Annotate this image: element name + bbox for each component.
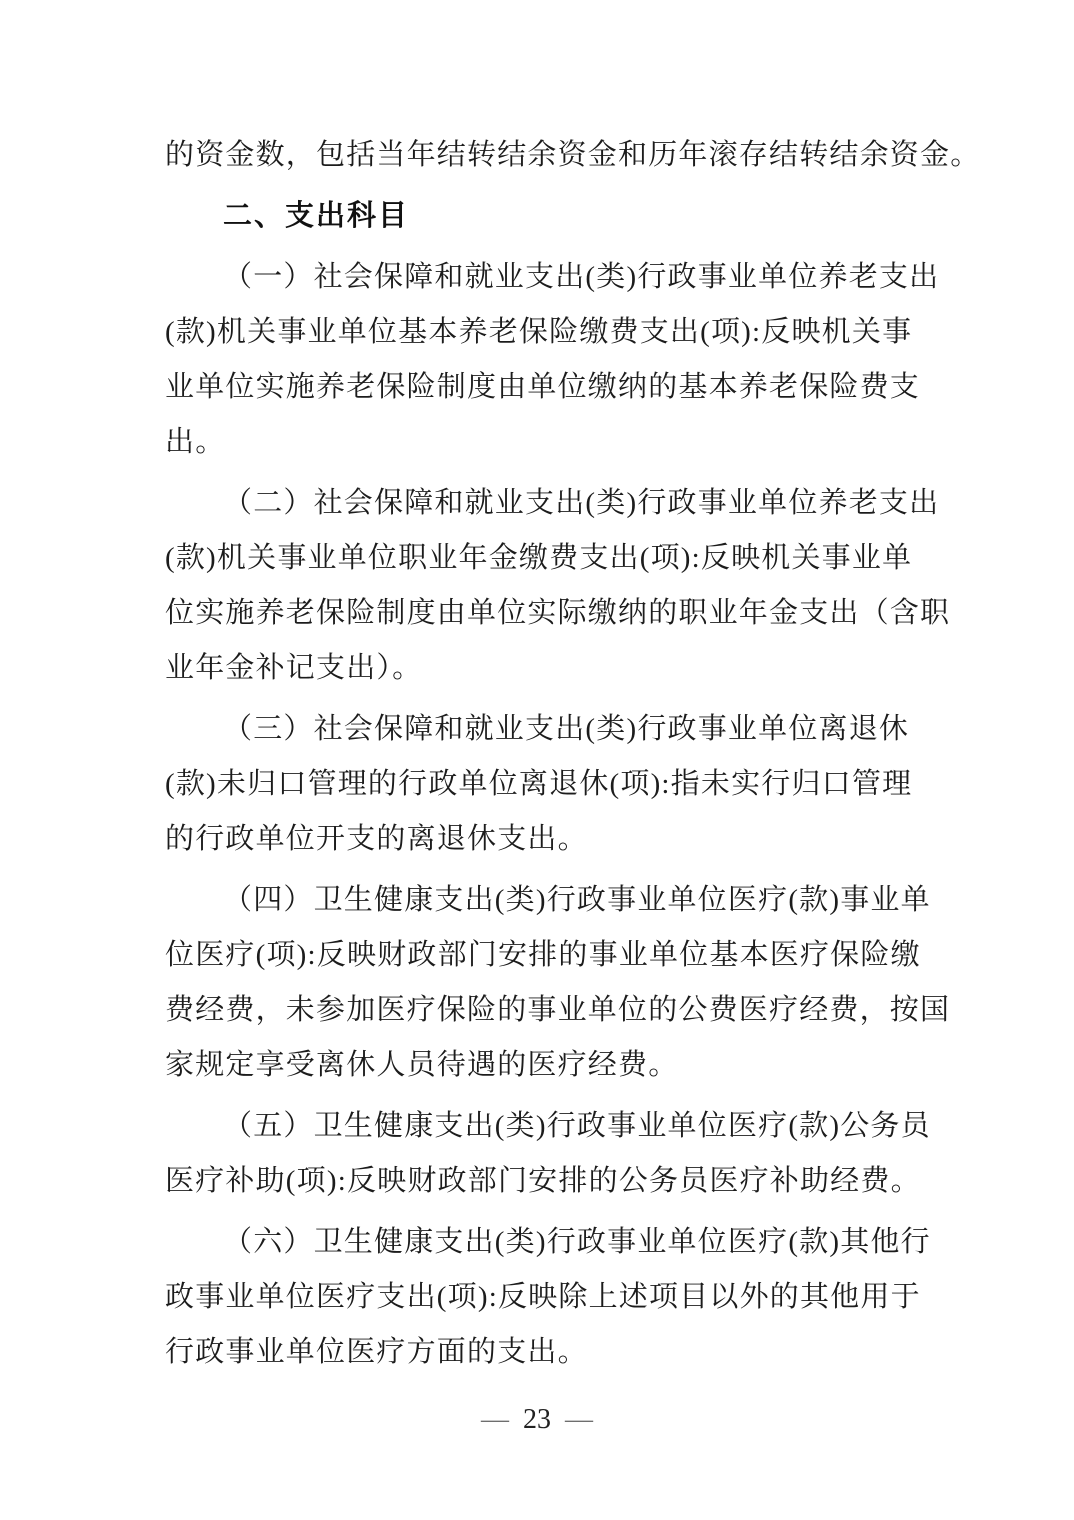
- text-line: （一）社会保障和就业支出(类)行政事业单位养老支出: [165, 250, 980, 305]
- paragraph: （五）卫生健康支出(类)行政事业单位医疗(款)公务员医疗补助(项):反映财政部门…: [165, 1099, 980, 1209]
- text-line: 的资金数，包括当年结转结余资金和历年滚存结转结余资金。: [165, 128, 980, 183]
- paragraph: （二）社会保障和就业支出(类)行政事业单位养老支出(款)机关事业单位职业年金缴费…: [165, 476, 980, 696]
- text-line: （二）社会保障和就业支出(类)行政事业单位养老支出: [165, 476, 980, 531]
- page-number-right-dash: —: [565, 1404, 593, 1435]
- section-heading: 二、支出科目: [165, 189, 980, 244]
- text-line: 位实施养老保险制度由单位实际缴纳的职业年金支出（含职: [165, 586, 980, 641]
- paragraph: （一）社会保障和就业支出(类)行政事业单位养老支出(款)机关事业单位基本养老保险…: [165, 250, 980, 470]
- text-line: (款)未归口管理的行政单位离退休(项):指未实行归口管理: [165, 757, 980, 812]
- text-line: 家规定享受离休人员待遇的医疗经费。: [165, 1038, 980, 1093]
- text-line: （四）卫生健康支出(类)行政事业单位医疗(款)事业单: [165, 873, 980, 928]
- text-line: （六）卫生健康支出(类)行政事业单位医疗(款)其他行: [165, 1215, 980, 1270]
- text-line: 费经费，未参加医疗保险的事业单位的公费医疗经费，按国: [165, 983, 980, 1038]
- page-footer: —23—: [0, 1398, 1074, 1442]
- paragraph: （三）社会保障和就业支出(类)行政事业单位离退休(款)未归口管理的行政单位离退休…: [165, 702, 980, 867]
- document-page: 的资金数，包括当年结转结余资金和历年滚存结转结余资金。二、支出科目（一）社会保障…: [0, 0, 1074, 1520]
- text-line: 位医疗(项):反映财政部门安排的事业单位基本医疗保险缴: [165, 928, 980, 983]
- paragraph: （六）卫生健康支出(类)行政事业单位医疗(款)其他行政事业单位医疗支出(项):反…: [165, 1215, 980, 1380]
- text-line: 行政事业单位医疗方面的支出。: [165, 1325, 980, 1380]
- text-line: 业年金补记支出）。: [165, 641, 980, 696]
- text-line: 业单位实施养老保险制度由单位缴纳的基本养老保险费支: [165, 360, 980, 415]
- text-line: 的行政单位开支的离退休支出。: [165, 812, 980, 867]
- page-number: 23: [523, 1404, 551, 1435]
- paragraph: （四）卫生健康支出(类)行政事业单位医疗(款)事业单位医疗(项):反映财政部门安…: [165, 873, 980, 1093]
- text-line: (款)机关事业单位职业年金缴费支出(项):反映机关事业单: [165, 531, 980, 586]
- heading-text-line: 二、支出科目: [165, 189, 980, 244]
- page-number-left-dash: —: [481, 1404, 509, 1435]
- text-line: 出。: [165, 415, 980, 470]
- paragraph: 的资金数，包括当年结转结余资金和历年滚存结转结余资金。: [165, 128, 980, 183]
- document-body: 的资金数，包括当年结转结余资金和历年滚存结转结余资金。二、支出科目（一）社会保障…: [165, 128, 980, 1386]
- text-line: (款)机关事业单位基本养老保险缴费支出(项):反映机关事: [165, 305, 980, 360]
- text-line: 医疗补助(项):反映财政部门安排的公务员医疗补助经费。: [165, 1154, 980, 1209]
- text-line: 政事业单位医疗支出(项):反映除上述项目以外的其他用于: [165, 1270, 980, 1325]
- text-line: （三）社会保障和就业支出(类)行政事业单位离退休: [165, 702, 980, 757]
- text-line: （五）卫生健康支出(类)行政事业单位医疗(款)公务员: [165, 1099, 980, 1154]
